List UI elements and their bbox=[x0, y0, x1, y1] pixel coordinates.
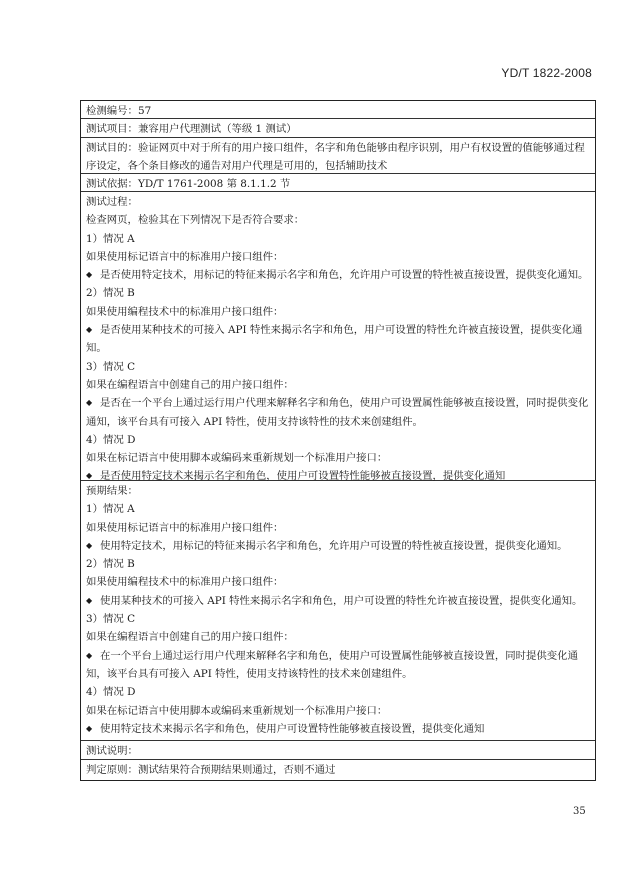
expected-case-d-condition: 如果在标记语言中使用脚本或编码来重新规划一个标准用户接口： bbox=[86, 702, 590, 720]
expected-case-c-result: ◆在一个平台上通过运行用户代理来解释名字和角色，使用户可设置属性能够被直接设置，… bbox=[86, 647, 590, 684]
test-item-value: 兼容用户代理测试（等级 1 测试） bbox=[138, 123, 297, 135]
page-number: 35 bbox=[573, 806, 586, 817]
diamond-bullet-icon: ◆ bbox=[86, 394, 100, 412]
test-id-label: 检测编号： bbox=[86, 105, 138, 117]
judgment-value: 测试结果符合预期结果则通过，否则不通过 bbox=[138, 764, 335, 776]
test-notes-label: 测试说明： bbox=[86, 745, 138, 757]
diamond-bullet-icon: ◆ bbox=[86, 720, 100, 738]
process-case-a-title: 1）情况 A bbox=[86, 230, 590, 248]
test-purpose-value: 验证网页中对于所有的用户接口组件，名字和角色能够由程序识别，用户有权设置的值能够… bbox=[86, 142, 585, 172]
test-item-label: 测试项目： bbox=[86, 123, 138, 135]
expected-case-c-condition: 如果在编程语言中创建自己的用户接口组件： bbox=[86, 628, 590, 646]
process-case-a-condition: 如果使用标记语言中的标准用户接口组件： bbox=[86, 248, 590, 266]
test-notes-row: 测试说明： bbox=[81, 741, 595, 760]
diamond-bullet-icon: ◆ bbox=[86, 537, 100, 555]
test-purpose-row: 测试目的：验证网页中对于所有的用户接口组件，名字和角色能够由程序识别，用户有权设… bbox=[81, 138, 595, 174]
expected-case-d-title: 4）情况 D bbox=[86, 683, 590, 701]
process-case-a-check: ◆是否使用特定技术，用标记的特征来揭示名字和角色，允许用户可设置的特性被直接设置… bbox=[86, 266, 590, 284]
process-heading: 测试过程： bbox=[86, 193, 590, 211]
expected-case-b-result: ◆使用某种技术的可接入 API 特性来揭示名字和角色，用户可设置的特性允许被直接… bbox=[86, 592, 590, 610]
diamond-bullet-icon: ◆ bbox=[86, 647, 100, 665]
diamond-bullet-icon: ◆ bbox=[86, 592, 100, 610]
process-case-b-condition: 如果使用编程技术中的标准用户接口组件： bbox=[86, 303, 590, 321]
test-basis-value: YD/T 1761-2008 第 8.1.1.2 节 bbox=[138, 178, 290, 190]
expected-case-b-title: 2）情况 B bbox=[86, 555, 590, 573]
judgment-row: 判定原则：测试结果符合预期结果则通过，否则不通过 bbox=[81, 760, 595, 780]
test-record-table: 检测编号：57 测试项目：兼容用户代理测试（等级 1 测试） 测试目的：验证网页… bbox=[80, 100, 596, 781]
process-intro: 检查网页，检验其在下列情况下是否符合要求： bbox=[86, 211, 590, 229]
expected-case-a-result: ◆使用特定技术，用标记的特征来揭示名字和角色，允许用户可设置的特性被直接设置，提… bbox=[86, 537, 590, 555]
expected-result-row: 预期结果： 1）情况 A 如果使用标记语言中的标准用户接口组件： ◆使用特定技术… bbox=[81, 481, 595, 741]
test-purpose-label: 测试目的： bbox=[86, 142, 138, 154]
process-case-d-condition: 如果在标记语言中使用脚本或编码来重新规划一个标准用户接口： bbox=[86, 449, 590, 467]
process-case-d-title: 4）情况 D bbox=[86, 431, 590, 449]
process-case-b-check: ◆是否使用某种技术的可接入 API 特性来揭示名字和角色，用户可设置的特性允许被… bbox=[86, 321, 590, 358]
process-case-c-title: 3）情况 C bbox=[86, 358, 590, 376]
process-case-c-check: ◆是否在一个平台上通过运行用户代理来解释名字和角色，使用户可设置属性能够被直接设… bbox=[86, 394, 590, 431]
test-item-row: 测试项目：兼容用户代理测试（等级 1 测试） bbox=[81, 119, 595, 138]
process-case-b-title: 2）情况 B bbox=[86, 284, 590, 302]
test-basis-row: 测试依据：YD/T 1761-2008 第 8.1.1.2 节 bbox=[81, 174, 595, 192]
expected-case-c-title: 3）情况 C bbox=[86, 610, 590, 628]
expected-case-d-result: ◆使用特定技术来揭示名字和角色，使用户可设置特性能够被直接设置，提供变化通知 bbox=[86, 720, 590, 738]
diamond-bullet-icon: ◆ bbox=[86, 321, 100, 339]
test-id-value: 57 bbox=[138, 105, 151, 117]
process-case-c-condition: 如果在编程语言中创建自己的用户接口组件： bbox=[86, 376, 590, 394]
test-process-row: 测试过程： 检查网页，检验其在下列情况下是否符合要求： 1）情况 A 如果使用标… bbox=[81, 192, 595, 481]
test-basis-label: 测试依据： bbox=[86, 178, 138, 190]
diamond-bullet-icon: ◆ bbox=[86, 266, 100, 284]
judgment-label: 判定原则： bbox=[86, 764, 138, 776]
expected-case-a-condition: 如果使用标记语言中的标准用户接口组件： bbox=[86, 519, 590, 537]
expected-case-a-title: 1）情况 A bbox=[86, 500, 590, 518]
expected-case-b-condition: 如果使用编程技术中的标准用户接口组件： bbox=[86, 573, 590, 591]
test-id-row: 检测编号：57 bbox=[81, 101, 595, 119]
standard-code: YD/T 1822-2008 bbox=[501, 66, 592, 80]
